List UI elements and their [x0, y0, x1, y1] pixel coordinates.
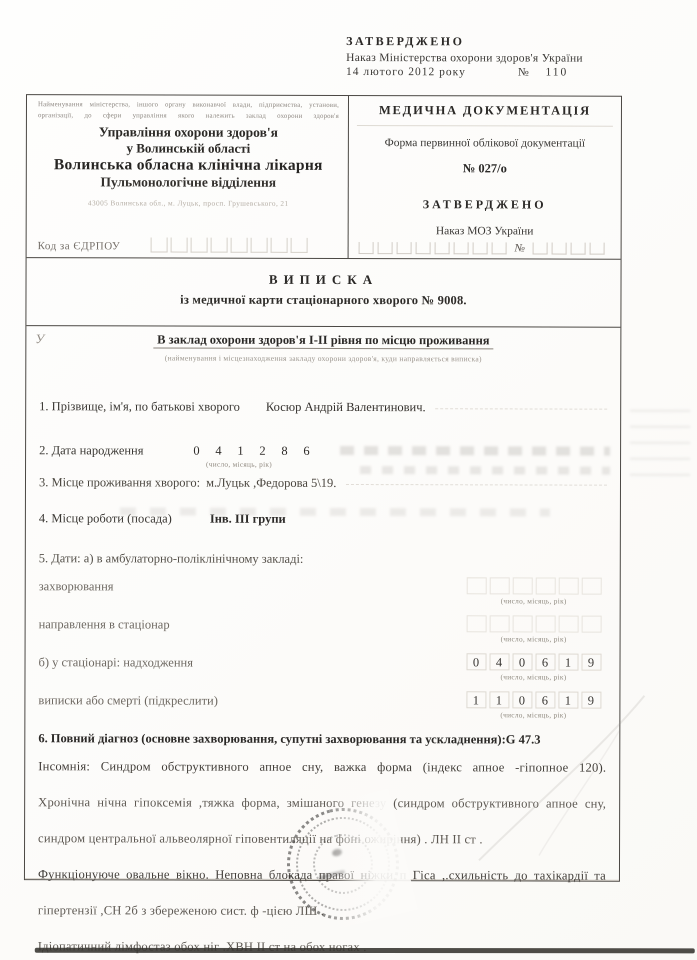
admission-date-boxes: 0 4 0 6 1 9: [461, 653, 607, 670]
ministry-approval-block: ЗАТВЕРДЖЕНО Наказ Міністерства охорони з…: [346, 34, 646, 79]
illness-date-boxes: [461, 577, 607, 594]
form-body: У В заклад охорони здоров'я І-ІІ рівня п…: [25, 326, 620, 881]
department-name: Пульмонологічне відділення: [38, 174, 339, 191]
referral-date-label: направлення в стаціонар: [39, 614, 170, 632]
illness-date-label: захворювання: [39, 576, 114, 594]
dates-section-label: 5. Дати: а) в амбулаторно-поліклінічному…: [39, 551, 607, 567]
scan-bleed-artifact: [630, 406, 690, 476]
discharge-date-label: виписки або смерті (підкреслити): [38, 690, 218, 708]
edrpou-label: Код за ЄДРПОУ: [38, 240, 121, 252]
field-patient-name: 1. Прізвище, ім'я, по батькові хворого К…: [39, 399, 607, 415]
diagnosis-heading: 6. Повний діагноз (основне захворювання,…: [38, 731, 606, 747]
approval-title: ЗАТВЕРДЖЕНО: [346, 34, 646, 50]
doc-approved: ЗАТВЕРДЖЕНО: [357, 197, 613, 213]
workplace-label: 4. Місце роботи (посада): [39, 511, 172, 526]
birth-date-digits: 0 4 1 2 8 6: [185, 444, 317, 459]
order-number-label: №: [515, 242, 525, 254]
discharge-date-boxes: 1 1 0 6 1 9: [460, 691, 606, 708]
header-row: Найменування міністерства, іншого органу…: [27, 95, 621, 260]
edrpou-row: Код за ЄДРПОУ: [38, 237, 339, 253]
admission-date-label: б) у стаціонарі: надходження: [39, 652, 194, 670]
date-row-admission: б) у стаціонарі: надходження 0 4 0 6 1 9…: [38, 652, 606, 681]
date-format-caption: (число, місяць, рік): [460, 672, 606, 681]
patient-name-value: Косюр Андрій Валентинович.: [266, 400, 426, 415]
diagnosis-icd-code: G 47.3: [506, 732, 541, 746]
field-birth-date: 2. Дата народження 0 4 1 2 8 6 (число, м…: [39, 443, 607, 469]
organization-name: Волинська обласна клінічна лікарня: [38, 156, 339, 175]
approval-order-line: Наказ Міністерства охорони здоров'я Укра…: [346, 52, 646, 65]
destination-heading: В заклад охорони здоров'я І-ІІ рівня по …: [39, 332, 607, 348]
form-number: № 027/о: [357, 161, 613, 177]
fill-line: [436, 408, 608, 409]
organization-line2: у Волинській області: [38, 140, 339, 157]
referral-date-boxes: [461, 615, 607, 632]
residence-value: м.Луцьк ,Федорова 5\19.: [206, 476, 336, 491]
workplace-value: Інв. ІІІ групи: [210, 512, 286, 527]
approval-number: 110: [545, 67, 568, 79]
doc-subtitle: Форма первинної облікової документації: [357, 137, 613, 150]
extract-title: ВИПИСКА: [27, 271, 621, 289]
doc-order: Наказ МОЗ України: [357, 225, 613, 238]
organization-note: Найменування міністерства, іншого органу…: [38, 100, 339, 122]
round-stamp: [275, 796, 411, 932]
field-residence: 3. Місце проживання хворого: м.Луцьк ,Фе…: [39, 475, 607, 491]
date-format-caption: (число, місяць, рік): [461, 634, 607, 643]
date-format-caption: (число, місяць, рік): [461, 596, 607, 605]
date-format-caption: (число, місяць, рік): [460, 710, 606, 719]
date-row-illness: захворювання (число, місяць, рік): [39, 576, 607, 605]
organization-cell: Найменування міністерства, іншого органу…: [27, 95, 349, 258]
document-frame: Найменування міністерства, іншого органу…: [24, 94, 622, 882]
medical-documentation-cell: МЕДИЧНА ДОКУМЕНТАЦІЯ Форма первинної обл…: [349, 96, 621, 259]
birth-date-label: 2. Дата народження: [39, 443, 143, 458]
date-row-referral: направлення в стаціонар (число, місяць, …: [39, 614, 607, 643]
diagnosis-line: Інсомнія: Синдром обструктивного апное с…: [38, 748, 606, 785]
residence-label: 3. Місце проживання хворого:: [39, 475, 200, 490]
destination-caption: (найменування і місцезнаходження закладу…: [39, 353, 607, 363]
handwritten-mark: У: [35, 331, 44, 347]
patient-name-label: 1. Прізвище, ім'я, по батькові хворого: [39, 399, 240, 415]
date-row-discharge: виписки або смерті (підкреслити) 1 1 0 6…: [38, 690, 606, 719]
scanned-document-page: ЗАТВЕРДЖЕНО Наказ Міністерства охорони з…: [0, 0, 697, 960]
field-workplace: 4. Місце роботи (посада) Інв. ІІІ групи: [39, 511, 607, 527]
organization-address: 43005 Волинська обл., м. Луцьк, просп. Г…: [38, 198, 339, 208]
extract-subtitle: із медичної карти стаціонарного хворого …: [26, 292, 620, 309]
order-number-boxes: №: [357, 242, 613, 256]
date-format-caption: (число, місяць, рік): [206, 460, 607, 470]
approval-date: 14 лютого 2012 року: [346, 66, 466, 78]
scanner-edge-line: [35, 948, 695, 953]
organization-line1: Управління охорони здоров'я: [38, 124, 339, 141]
doc-title: МЕДИЧНА ДОКУМЕНТАЦІЯ: [357, 103, 613, 127]
edrpou-code-boxes: [150, 237, 307, 252]
fill-line: [346, 484, 607, 486]
diagnosis-label: 6. Повний діагноз (основне захворювання,…: [38, 731, 505, 746]
extract-title-row: ВИПИСКА із медичної карти стаціонарного …: [26, 258, 620, 328]
approval-number-label: №: [518, 66, 531, 78]
